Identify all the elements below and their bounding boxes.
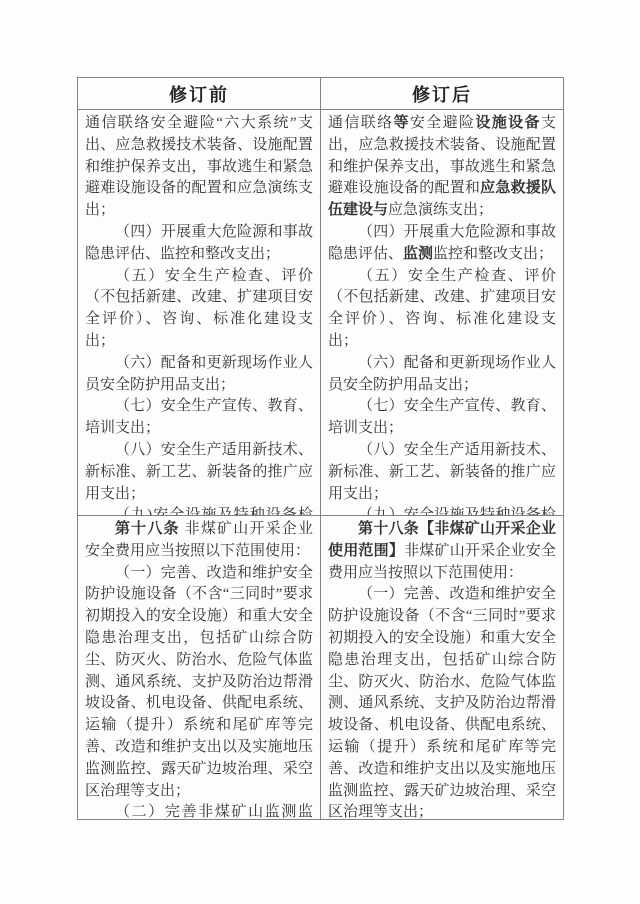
cell-text-after: 第十八条【非煤矿山开采企业使用范围】非煤矿山开采企业安全费用应当按照以下范围使用…: [321, 516, 563, 819]
paragraph: （五）安全生产检查、评价（不包括新建、改建、扩建项目安全评价）、咨询、标准化建设…: [328, 266, 556, 353]
cell-after-article18: 第十八条【非煤矿山开采企业使用范围】非煤矿山开采企业安全费用应当按照以下范围使用…: [321, 516, 564, 820]
paragraph: 通信联络安全避险“六大系统”支出、应急救援技术装备、设施配置和维护保养支出，事故…: [85, 113, 313, 222]
paragraph: （六）配备和更新现场作业人员安全防护用品支出；: [328, 353, 556, 397]
column-header-before: 修订前: [78, 78, 321, 110]
text-segment: （二）完善非煤矿山监测监控、人员定位、紧急避险、压风自救、供水施救和通信联络等安…: [85, 804, 313, 819]
text-segment: （五）安全生产检查、评价（不包括新建、改建、扩建项目安全评价）、咨询、标准化建设…: [328, 268, 556, 349]
text-segment: 监测: [403, 246, 433, 262]
document-page: 修订前 修订后 通信联络安全避险“六大系统”支出、应急救援技术装备、设施配置和维…: [0, 0, 640, 904]
text-segment: （七）安全生产宣传、教育、培训支出；: [85, 398, 313, 436]
table-header-row: 修订前 修订后: [78, 78, 564, 110]
cell-text-before: 第十八条 非煤矿山开采企业安全费用应当按照以下范围使用：（一）完善、改造和维护安…: [78, 516, 320, 819]
text-segment: （九)安全设施及特种设备检测检验支出；: [85, 507, 313, 515]
column-header-after: 修订后: [321, 78, 564, 110]
paragraph: （五）安全生产检查、评价（不包括新建、改建、扩建项目安全评价）、咨询、标准化建设…: [85, 266, 313, 353]
text-segment: 等: [394, 115, 410, 131]
cell-text-before: 通信联络安全避险“六大系统”支出、应急救援技术装备、设施配置和维护保养支出，事故…: [78, 110, 320, 515]
text-segment: （五）安全生产检查、评价（不包括新建、改建、扩建项目安全评价）、咨询、标准化建设…: [85, 268, 313, 349]
text-segment: （九）安全设施及特种设备检测检验支出；: [328, 507, 556, 515]
text-segment: （六）配备和更新现场作业人员安全防护用品支出；: [328, 355, 556, 393]
paragraph: （二）完善非煤矿山监测监控、人员定位、紧急避险、压风自救、供水施救和通信联络等安…: [85, 802, 313, 819]
paragraph: （八）安全生产适用新技术、新标准、新工艺、新装备的推广应用支出；: [328, 440, 556, 505]
text-segment: 监控和整改支出；: [433, 246, 553, 262]
text-segment: 通信联络安全避险“六大系统”支出、应急救援技术装备、设施配置和维护保养支出，事故…: [85, 115, 313, 218]
paragraph: （七）安全生产宣传、教育、培训支出；: [328, 396, 556, 440]
paragraph: 第十八条【非煤矿山开采企业使用范围】非煤矿山开采企业安全费用应当按照以下范围使用…: [328, 519, 556, 584]
paragraph: （九）安全设施及特种设备检测检验支出；: [328, 505, 556, 515]
text-segment: （一）完善、改造和维护安全防护设施设备（不含“三同时”要求初期投入的安全设施）和…: [85, 565, 313, 799]
table-row: 通信联络安全避险“六大系统”支出、应急救援技术装备、设施配置和维护保养支出，事故…: [78, 110, 564, 516]
text-segment: （四）开展重大危险源和事故隐患评估、监控和整改支出；: [85, 224, 313, 262]
paragraph: 第十八条 非煤矿山开采企业安全费用应当按照以下范围使用：: [85, 519, 313, 563]
text-segment: （八）安全生产适用新技术、新标准、新工艺、新装备的推广应用支出；: [328, 442, 556, 502]
text-segment: 安全避险: [410, 115, 476, 131]
paragraph: 通信联络等安全避险设施设备支出，应急救援技术装备、设施配置和维护保养支出，事故逃…: [328, 113, 556, 222]
cell-text-after: 通信联络等安全避险设施设备支出，应急救援技术装备、设施配置和维护保养支出，事故逃…: [321, 110, 563, 515]
paragraph: （七）安全生产宣传、教育、培训支出；: [85, 396, 313, 440]
paragraph: （四）开展重大危险源和事故隐患评估、监测监控和整改支出；: [328, 222, 556, 266]
text-segment: （一）完善、改造和维护安全防护设施设备（不含“三同时”要求初期投入的安全设施）和…: [328, 586, 556, 819]
paragraph: （八）安全生产适用新技术、新标准、新工艺、新装备的推广应用支出；: [85, 440, 313, 505]
text-segment: （八）安全生产适用新技术、新标准、新工艺、新装备的推广应用支出；: [85, 442, 313, 502]
paragraph: （九)安全设施及特种设备检测检验支出；: [85, 505, 313, 515]
paragraph: （四）开展重大危险源和事故隐患评估、监控和整改支出；: [85, 222, 313, 266]
paragraph: （一）完善、改造和维护安全防护设施设备（不含“三同时”要求初期投入的安全设施）和…: [328, 584, 556, 819]
text-segment: 应急演练支出；: [388, 202, 493, 218]
paragraph: （一）完善、改造和维护安全防护设施设备（不含“三同时”要求初期投入的安全设施）和…: [85, 563, 313, 803]
cell-before-article18: 第十八条 非煤矿山开采企业安全费用应当按照以下范围使用：（一）完善、改造和维护安…: [78, 516, 321, 820]
text-segment: （七）安全生产宣传、教育、培训支出；: [328, 398, 556, 436]
table-row: 第十八条 非煤矿山开采企业安全费用应当按照以下范围使用：（一）完善、改造和维护安…: [78, 516, 564, 820]
text-segment: 设施设备: [475, 115, 541, 131]
revision-comparison-table: 修订前 修订后 通信联络安全避险“六大系统”支出、应急救援技术装备、设施配置和维…: [77, 77, 564, 820]
text-segment: 第十八条: [115, 521, 180, 537]
cell-after-article17: 通信联络等安全避险设施设备支出，应急救援技术装备、设施配置和维护保养支出，事故逃…: [321, 110, 564, 516]
cell-before-article17: 通信联络安全避险“六大系统”支出、应急救援技术装备、设施配置和维护保养支出，事故…: [78, 110, 321, 516]
text-segment: （六）配备和更新现场作业人员安全防护用品支出；: [85, 355, 313, 393]
text-segment: 通信联络: [328, 115, 394, 131]
paragraph: （六）配备和更新现场作业人员安全防护用品支出；: [85, 353, 313, 397]
